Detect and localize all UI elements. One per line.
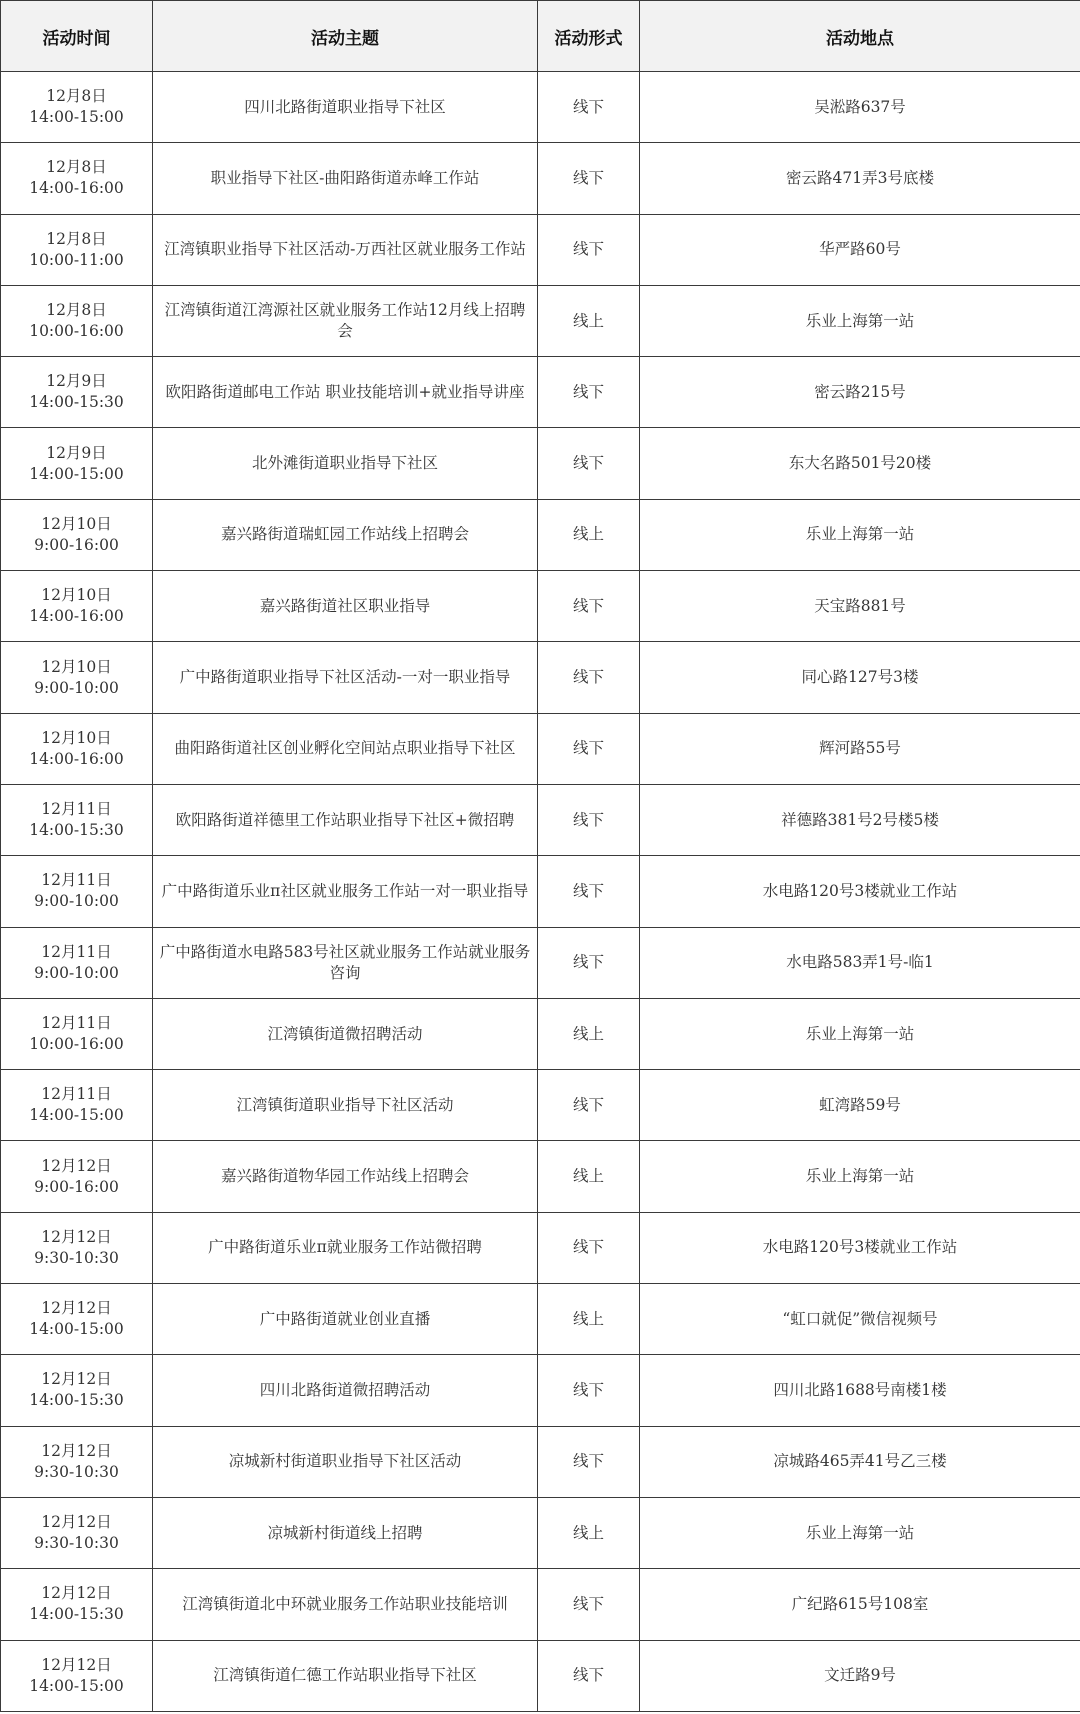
cell-form: 线上 <box>538 1141 640 1212</box>
cell-place: 虹湾路59号 <box>640 1070 1080 1141</box>
activity-time: 9:30-10:30 <box>5 1248 148 1269</box>
activity-time: 14:00-15:00 <box>5 107 148 128</box>
cell-place: 辉河路55号 <box>640 713 1080 784</box>
activity-date: 12月11日 <box>5 1013 148 1034</box>
cell-form: 线下 <box>538 571 640 642</box>
cell-topic: 欧阳路街道邮电工作站 职业技能培训+就业指导讲座 <box>153 357 538 428</box>
activity-date: 12月12日 <box>5 1156 148 1177</box>
table-body: 12月8日14:00-15:00四川北路街道职业指导下社区线下吴淞路637号12… <box>1 72 1080 1712</box>
cell-form: 线下 <box>538 428 640 499</box>
activity-time: 14:00-15:00 <box>5 1319 148 1340</box>
cell-topic: 四川北路街道职业指导下社区 <box>153 72 538 143</box>
table-row: 12月10日9:00-10:00广中路街道职业指导下社区活动-一对一职业指导线下… <box>1 642 1080 713</box>
cell-time: 12月11日9:00-10:00 <box>1 927 153 998</box>
header-place: 活动地点 <box>640 1 1080 72</box>
activity-time: 10:00-16:00 <box>5 321 148 342</box>
activity-date: 12月12日 <box>5 1512 148 1533</box>
cell-place: 密云路215号 <box>640 357 1080 428</box>
activity-time: 14:00-16:00 <box>5 178 148 199</box>
cell-time: 12月12日14:00-15:30 <box>1 1569 153 1640</box>
cell-topic: 江湾镇街道北中环就业服务工作站职业技能培训 <box>153 1569 538 1640</box>
cell-time: 12月10日14:00-16:00 <box>1 713 153 784</box>
table-row: 12月8日10:00-16:00江湾镇街道江湾源社区就业服务工作站12月线上招聘… <box>1 285 1080 356</box>
cell-place: 乐业上海第一站 <box>640 499 1080 570</box>
cell-topic: 广中路街道乐业π就业服务工作站微招聘 <box>153 1212 538 1283</box>
activity-date: 12月10日 <box>5 657 148 678</box>
cell-time: 12月9日14:00-15:30 <box>1 357 153 428</box>
table-row: 12月12日9:30-10:30凉城新村街道职业指导下社区活动线下凉城路465弄… <box>1 1426 1080 1497</box>
cell-topic: 广中路街道就业创业直播 <box>153 1284 538 1355</box>
cell-form: 线下 <box>538 214 640 285</box>
cell-time: 12月9日14:00-15:00 <box>1 428 153 499</box>
activity-date: 12月8日 <box>5 300 148 321</box>
activity-time: 14:00-15:30 <box>5 1390 148 1411</box>
cell-topic: 凉城新村街道线上招聘 <box>153 1497 538 1568</box>
table-row: 12月9日14:00-15:30欧阳路街道邮电工作站 职业技能培训+就业指导讲座… <box>1 357 1080 428</box>
activity-time: 9:00-10:00 <box>5 963 148 984</box>
activity-date: 12月12日 <box>5 1655 148 1676</box>
activity-date: 12月12日 <box>5 1441 148 1462</box>
cell-form: 线上 <box>538 998 640 1069</box>
cell-topic: 欧阳路街道祥德里工作站职业指导下社区+微招聘 <box>153 784 538 855</box>
cell-place: 水电路120号3楼就业工作站 <box>640 1212 1080 1283</box>
header-topic: 活动主题 <box>153 1 538 72</box>
cell-place: 四川北路1688号南楼1楼 <box>640 1355 1080 1426</box>
activity-time: 9:00-10:00 <box>5 891 148 912</box>
cell-topic: 职业指导下社区-曲阳路街道赤峰工作站 <box>153 143 538 214</box>
cell-place: 东大名路501号20楼 <box>640 428 1080 499</box>
activity-date: 12月11日 <box>5 1084 148 1105</box>
cell-topic: 江湾镇街道微招聘活动 <box>153 998 538 1069</box>
cell-topic: 凉城新村街道职业指导下社区活动 <box>153 1426 538 1497</box>
cell-time: 12月12日14:00-15:30 <box>1 1355 153 1426</box>
activity-date: 12月12日 <box>5 1227 148 1248</box>
cell-form: 线下 <box>538 1426 640 1497</box>
cell-topic: 四川北路街道微招聘活动 <box>153 1355 538 1426</box>
cell-place: 乐业上海第一站 <box>640 285 1080 356</box>
cell-topic: 嘉兴路街道物华园工作站线上招聘会 <box>153 1141 538 1212</box>
cell-place: 吴淞路637号 <box>640 72 1080 143</box>
table-row: 12月12日9:30-10:30广中路街道乐业π就业服务工作站微招聘线下水电路1… <box>1 1212 1080 1283</box>
cell-place: 水电路120号3楼就业工作站 <box>640 856 1080 927</box>
header-row: 活动时间 活动主题 活动形式 活动地点 <box>1 1 1080 72</box>
cell-topic: 广中路街道职业指导下社区活动-一对一职业指导 <box>153 642 538 713</box>
activity-time: 14:00-15:30 <box>5 1604 148 1625</box>
cell-time: 12月11日10:00-16:00 <box>1 998 153 1069</box>
cell-time: 12月12日9:00-16:00 <box>1 1141 153 1212</box>
cell-time: 12月12日9:30-10:30 <box>1 1426 153 1497</box>
activity-schedule-table: 活动时间 活动主题 活动形式 活动地点 12月8日14:00-15:00四川北路… <box>0 0 1080 1712</box>
table-row: 12月12日14:00-15:30江湾镇街道北中环就业服务工作站职业技能培训线下… <box>1 1569 1080 1640</box>
cell-time: 12月8日10:00-11:00 <box>1 214 153 285</box>
activity-date: 12月11日 <box>5 870 148 891</box>
cell-form: 线下 <box>538 1569 640 1640</box>
activity-time: 14:00-15:00 <box>5 464 148 485</box>
cell-place: 乐业上海第一站 <box>640 1497 1080 1568</box>
cell-topic: 嘉兴路街道社区职业指导 <box>153 571 538 642</box>
cell-topic: 北外滩街道职业指导下社区 <box>153 428 538 499</box>
cell-time: 12月10日9:00-16:00 <box>1 499 153 570</box>
cell-form: 线下 <box>538 1640 640 1711</box>
cell-time: 12月8日14:00-16:00 <box>1 143 153 214</box>
cell-place: 凉城路465弄41号乙三楼 <box>640 1426 1080 1497</box>
cell-form: 线下 <box>538 784 640 855</box>
activity-time: 14:00-16:00 <box>5 749 148 770</box>
cell-place: 祥德路381号2号楼5楼 <box>640 784 1080 855</box>
table-row: 12月10日14:00-16:00嘉兴路街道社区职业指导线下天宝路881号 <box>1 571 1080 642</box>
cell-form: 线上 <box>538 1284 640 1355</box>
header-form: 活动形式 <box>538 1 640 72</box>
activity-date: 12月12日 <box>5 1298 148 1319</box>
activity-time: 14:00-15:00 <box>5 1105 148 1126</box>
cell-place: 同心路127号3楼 <box>640 642 1080 713</box>
cell-place: 华严路60号 <box>640 214 1080 285</box>
cell-place: 文迁路9号 <box>640 1640 1080 1711</box>
cell-form: 线上 <box>538 285 640 356</box>
table-row: 12月11日14:00-15:00江湾镇街道职业指导下社区活动线下虹湾路59号 <box>1 1070 1080 1141</box>
table-row: 12月8日14:00-16:00职业指导下社区-曲阳路街道赤峰工作站线下密云路4… <box>1 143 1080 214</box>
cell-time: 12月10日14:00-16:00 <box>1 571 153 642</box>
activity-time: 9:00-16:00 <box>5 1177 148 1198</box>
table-row: 12月12日14:00-15:30四川北路街道微招聘活动线下四川北路1688号南… <box>1 1355 1080 1426</box>
cell-place: 乐业上海第一站 <box>640 1141 1080 1212</box>
activity-time: 9:30-10:30 <box>5 1462 148 1483</box>
cell-topic: 嘉兴路街道瑞虹园工作站线上招聘会 <box>153 499 538 570</box>
table-row: 12月10日9:00-16:00嘉兴路街道瑞虹园工作站线上招聘会线上乐业上海第一… <box>1 499 1080 570</box>
activity-time: 14:00-16:00 <box>5 606 148 627</box>
cell-form: 线下 <box>538 856 640 927</box>
cell-time: 12月11日9:00-10:00 <box>1 856 153 927</box>
table-row: 12月11日9:00-10:00广中路街道乐业π社区就业服务工作站一对一职业指导… <box>1 856 1080 927</box>
cell-topic: 广中路街道乐业π社区就业服务工作站一对一职业指导 <box>153 856 538 927</box>
activity-date: 12月12日 <box>5 1583 148 1604</box>
activity-date: 12月9日 <box>5 443 148 464</box>
header-time: 活动时间 <box>1 1 153 72</box>
cell-place: 天宝路881号 <box>640 571 1080 642</box>
cell-form: 线下 <box>538 642 640 713</box>
cell-place: “虹口就促”微信视频号 <box>640 1284 1080 1355</box>
table-row: 12月8日14:00-15:00四川北路街道职业指导下社区线下吴淞路637号 <box>1 72 1080 143</box>
cell-topic: 江湾镇街道江湾源社区就业服务工作站12月线上招聘会 <box>153 285 538 356</box>
table-row: 12月11日9:00-10:00广中路街道水电路583号社区就业服务工作站就业服… <box>1 927 1080 998</box>
table-row: 12月12日9:00-16:00嘉兴路街道物华园工作站线上招聘会线上乐业上海第一… <box>1 1141 1080 1212</box>
cell-place: 广纪路615号108室 <box>640 1569 1080 1640</box>
cell-time: 12月12日14:00-15:00 <box>1 1640 153 1711</box>
cell-time: 12月8日14:00-15:00 <box>1 72 153 143</box>
cell-topic: 江湾镇街道仁德工作站职业指导下社区 <box>153 1640 538 1711</box>
activity-date: 12月10日 <box>5 728 148 749</box>
activity-date: 12月10日 <box>5 585 148 606</box>
cell-form: 线下 <box>538 1355 640 1426</box>
activity-time: 10:00-16:00 <box>5 1034 148 1055</box>
cell-place: 乐业上海第一站 <box>640 998 1080 1069</box>
cell-form: 线下 <box>538 713 640 784</box>
activity-time: 14:00-15:00 <box>5 1676 148 1697</box>
activity-time: 14:00-15:30 <box>5 392 148 413</box>
cell-topic: 江湾镇街道职业指导下社区活动 <box>153 1070 538 1141</box>
table-row: 12月12日9:30-10:30凉城新村街道线上招聘线上乐业上海第一站 <box>1 1497 1080 1568</box>
activity-date: 12月12日 <box>5 1369 148 1390</box>
cell-form: 线下 <box>538 1070 640 1141</box>
cell-form: 线下 <box>538 1212 640 1283</box>
cell-topic: 江湾镇职业指导下社区活动-万西社区就业服务工作站 <box>153 214 538 285</box>
activity-date: 12月8日 <box>5 157 148 178</box>
cell-place: 水电路583弄1号-临1 <box>640 927 1080 998</box>
cell-time: 12月11日14:00-15:00 <box>1 1070 153 1141</box>
activity-time: 9:00-16:00 <box>5 535 148 556</box>
cell-form: 线下 <box>538 927 640 998</box>
activity-date: 12月11日 <box>5 799 148 820</box>
table-row: 12月9日14:00-15:00北外滩街道职业指导下社区线下东大名路501号20… <box>1 428 1080 499</box>
cell-time: 12月12日9:30-10:30 <box>1 1497 153 1568</box>
activity-date: 12月8日 <box>5 86 148 107</box>
table-row: 12月8日10:00-11:00江湾镇职业指导下社区活动-万西社区就业服务工作站… <box>1 214 1080 285</box>
cell-time: 12月12日9:30-10:30 <box>1 1212 153 1283</box>
cell-time: 12月10日9:00-10:00 <box>1 642 153 713</box>
cell-place: 密云路471弄3号底楼 <box>640 143 1080 214</box>
cell-form: 线下 <box>538 357 640 428</box>
activity-date: 12月8日 <box>5 229 148 250</box>
activity-time: 14:00-15:30 <box>5 820 148 841</box>
table-row: 12月11日10:00-16:00江湾镇街道微招聘活动线上乐业上海第一站 <box>1 998 1080 1069</box>
cell-form: 线上 <box>538 1497 640 1568</box>
table-row: 12月12日14:00-15:00广中路街道就业创业直播线上“虹口就促”微信视频… <box>1 1284 1080 1355</box>
cell-time: 12月12日14:00-15:00 <box>1 1284 153 1355</box>
cell-time: 12月8日10:00-16:00 <box>1 285 153 356</box>
activity-date: 12月9日 <box>5 371 148 392</box>
activity-date: 12月11日 <box>5 942 148 963</box>
table-row: 12月10日14:00-16:00曲阳路街道社区创业孵化空间站点职业指导下社区线… <box>1 713 1080 784</box>
cell-form: 线下 <box>538 72 640 143</box>
table-row: 12月12日14:00-15:00江湾镇街道仁德工作站职业指导下社区线下文迁路9… <box>1 1640 1080 1711</box>
activity-time: 10:00-11:00 <box>5 250 148 271</box>
cell-topic: 广中路街道水电路583号社区就业服务工作站就业服务咨询 <box>153 927 538 998</box>
activity-time: 9:30-10:30 <box>5 1533 148 1554</box>
activity-date: 12月10日 <box>5 514 148 535</box>
cell-time: 12月11日14:00-15:30 <box>1 784 153 855</box>
cell-form: 线上 <box>538 499 640 570</box>
cell-topic: 曲阳路街道社区创业孵化空间站点职业指导下社区 <box>153 713 538 784</box>
activity-time: 9:00-10:00 <box>5 678 148 699</box>
cell-form: 线下 <box>538 143 640 214</box>
table-row: 12月11日14:00-15:30欧阳路街道祥德里工作站职业指导下社区+微招聘线… <box>1 784 1080 855</box>
